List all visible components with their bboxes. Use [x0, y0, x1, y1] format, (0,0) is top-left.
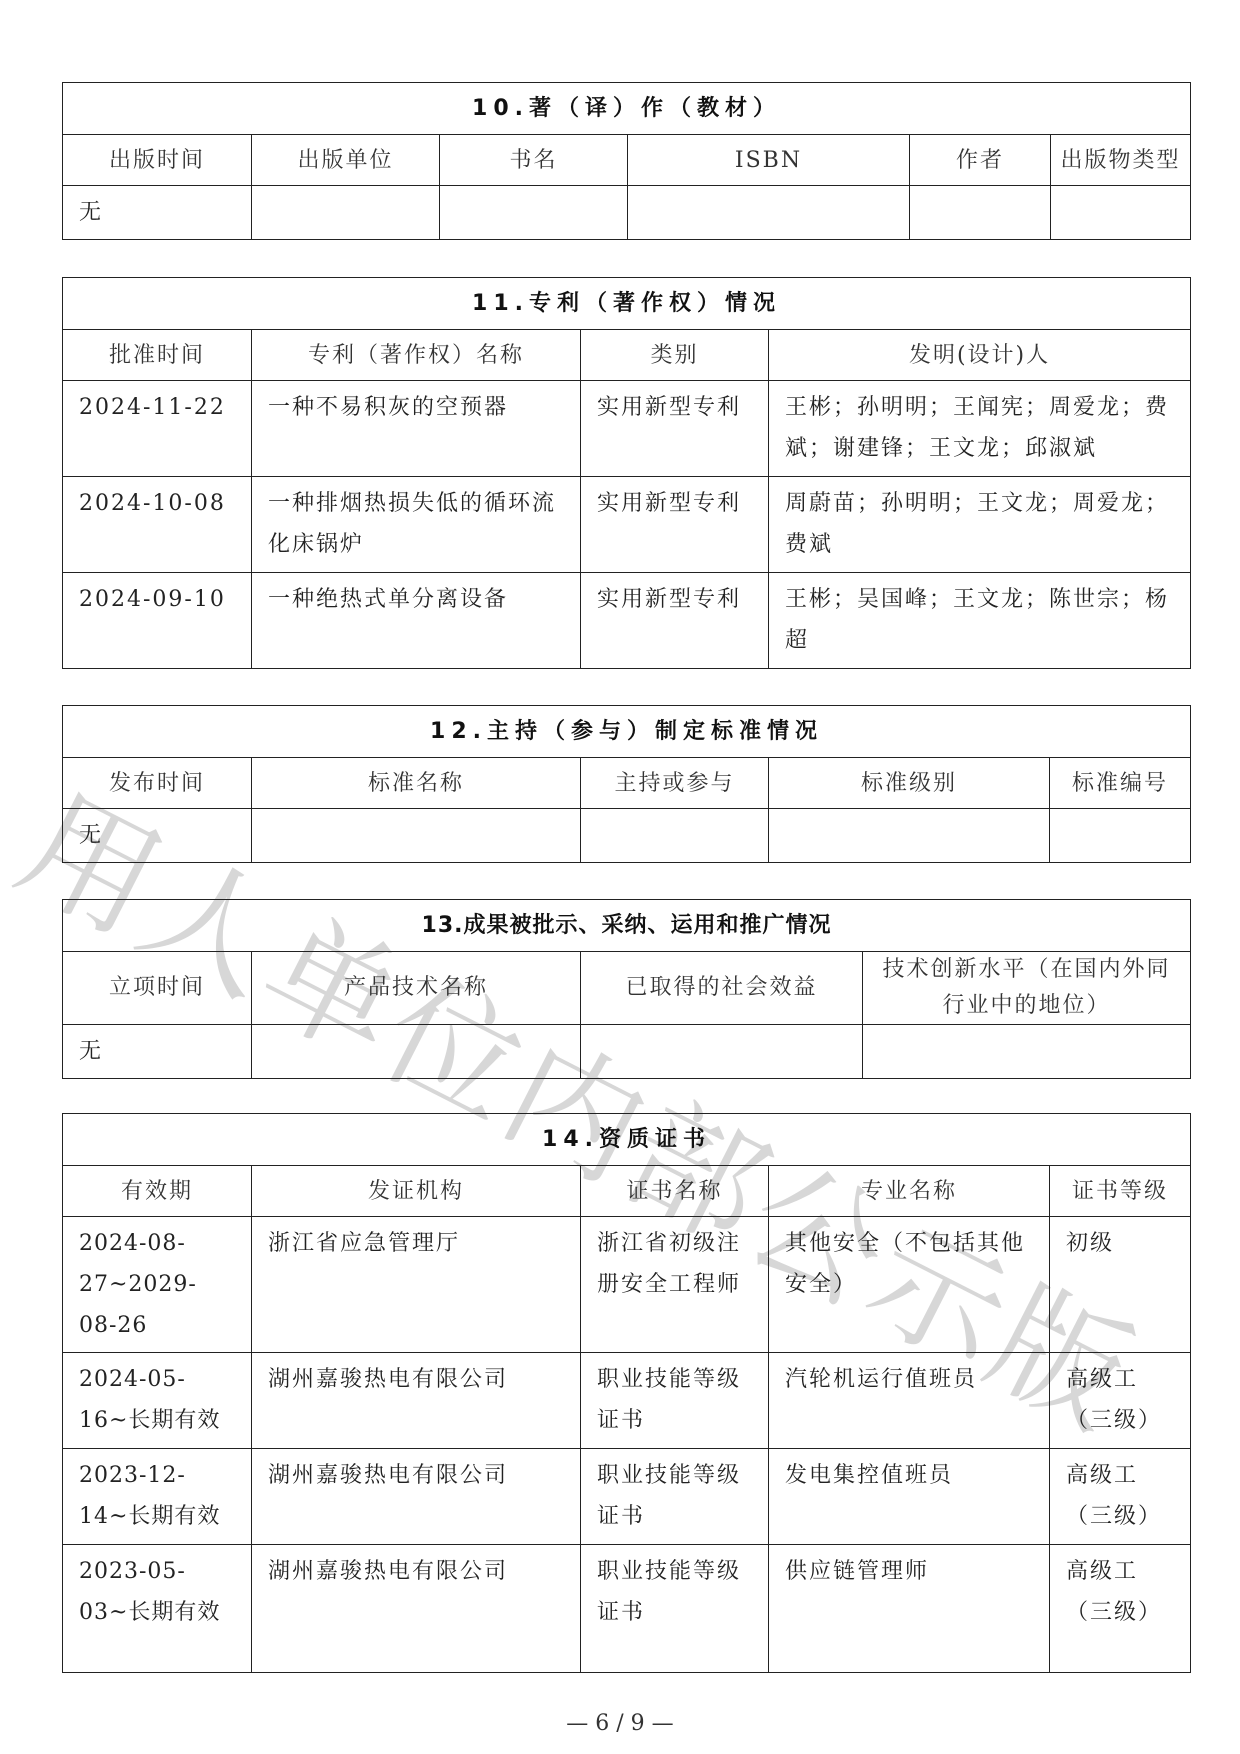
column-header: 立项时间: [63, 952, 252, 1025]
table-row: 2024-09-10 一种绝热式单分离设备 实用新型专利 王彬；吴国峰；王文龙；…: [63, 573, 1191, 669]
table-row: 无: [63, 186, 1191, 240]
table-cell: 湖州嘉骏热电有限公司: [252, 1545, 581, 1673]
table-cell: 一种不易积灰的空预器: [252, 381, 581, 477]
section-12-table: 12.主持（参与）制定标准情况 发布时间 标准名称 主持或参与 标准级别 标准编…: [62, 705, 1191, 863]
column-header: 发明(设计)人: [769, 330, 1191, 381]
table-cell: 高级工（三级）: [1050, 1545, 1191, 1673]
table-cell: [252, 809, 581, 863]
table-cell: [252, 1025, 581, 1079]
table-cell: [581, 1025, 863, 1079]
table-row: 2023-12-14~长期有效 湖州嘉骏热电有限公司 职业技能等级证书 发电集控…: [63, 1449, 1191, 1545]
column-header: 书名: [440, 135, 628, 186]
table-cell: 无: [63, 809, 252, 863]
table-cell: 浙江省初级注册安全工程师: [581, 1217, 769, 1353]
table-cell: 2024-08-27~2029-08-26: [63, 1217, 252, 1353]
table-cell: [628, 186, 910, 240]
table-cell: 高级工（三级）: [1050, 1449, 1191, 1545]
column-header: 已取得的社会效益: [581, 952, 863, 1025]
column-header: 类别: [581, 330, 769, 381]
table-row: 2024-11-22 一种不易积灰的空预器 实用新型专利 王彬；孙明明；王闻宪；…: [63, 381, 1191, 477]
column-header: 技术创新水平（在国内外同行业中的地位）: [863, 952, 1191, 1025]
table-row: 无: [63, 1025, 1191, 1079]
table-cell: 职业技能等级证书: [581, 1545, 769, 1673]
table-cell: 无: [63, 186, 252, 240]
column-header: 证书等级: [1050, 1166, 1191, 1217]
column-header: 有效期: [63, 1166, 252, 1217]
table-cell: [863, 1025, 1191, 1079]
column-header: 出版时间: [63, 135, 252, 186]
table-cell: 2024-10-08: [63, 477, 252, 573]
table-cell: 实用新型专利: [581, 573, 769, 669]
table-cell: 周蔚苗；孙明明；王文龙；周爱龙；费斌: [769, 477, 1191, 573]
column-header: 出版物类型: [1051, 135, 1191, 186]
column-header: 标准级别: [769, 758, 1050, 809]
column-header: 发证机构: [252, 1166, 581, 1217]
section-13-table: 13.成果被批示、采纳、运用和推广情况 立项时间 产品技术名称 已取得的社会效益…: [62, 899, 1191, 1079]
table-row: 2024-08-27~2029-08-26 浙江省应急管理厅 浙江省初级注册安全…: [63, 1217, 1191, 1353]
column-header: 发布时间: [63, 758, 252, 809]
section-10-table: 10.著（译）作（教材） 出版时间 出版单位 书名 ISBN 作者 出版物类型 …: [62, 82, 1191, 240]
table-cell: 职业技能等级证书: [581, 1449, 769, 1545]
column-header: 专利（著作权）名称: [252, 330, 581, 381]
table-row: 2024-10-08 一种排烟热损失低的循环流化床锅炉 实用新型专利 周蔚苗；孙…: [63, 477, 1191, 573]
table-cell: [1051, 186, 1191, 240]
column-header: 产品技术名称: [252, 952, 581, 1025]
table-cell: [910, 186, 1051, 240]
section-title: 13.成果被批示、采纳、运用和推广情况: [63, 900, 1191, 952]
table-cell: 2024-09-10: [63, 573, 252, 669]
column-header: 标准名称: [252, 758, 581, 809]
table-row: 2024-05-16~长期有效 湖州嘉骏热电有限公司 职业技能等级证书 汽轮机运…: [63, 1353, 1191, 1449]
table-row: 无: [63, 809, 1191, 863]
column-header: ISBN: [628, 135, 910, 186]
table-cell: 2024-05-16~长期有效: [63, 1353, 252, 1449]
table-cell: [440, 186, 628, 240]
table-row: 2023-05-03~长期有效 湖州嘉骏热电有限公司 职业技能等级证书 供应链管…: [63, 1545, 1191, 1673]
table-cell: 无: [63, 1025, 252, 1079]
table-cell: 实用新型专利: [581, 477, 769, 573]
column-header: 标准编号: [1050, 758, 1191, 809]
column-header: 作者: [910, 135, 1051, 186]
table-cell: 汽轮机运行值班员: [769, 1353, 1050, 1449]
table-cell: 2023-05-03~长期有效: [63, 1545, 252, 1673]
table-cell: 浙江省应急管理厅: [252, 1217, 581, 1353]
table-cell: 一种排烟热损失低的循环流化床锅炉: [252, 477, 581, 573]
table-cell: 湖州嘉骏热电有限公司: [252, 1353, 581, 1449]
table-cell: 高级工（三级）: [1050, 1353, 1191, 1449]
table-cell: 王彬；孙明明；王闻宪；周爱龙；费斌；谢建锋；王文龙；邱淑斌: [769, 381, 1191, 477]
column-header: 主持或参与: [581, 758, 769, 809]
table-cell: 2024-11-22: [63, 381, 252, 477]
table-cell: 2023-12-14~长期有效: [63, 1449, 252, 1545]
table-cell: [1050, 809, 1191, 863]
section-14-table: 14.资质证书 有效期 发证机构 证书名称 专业名称 证书等级 2024-08-…: [62, 1113, 1191, 1673]
table-cell: [769, 809, 1050, 863]
table-cell: 供应链管理师: [769, 1545, 1050, 1673]
section-title: 11.专利（著作权）情况: [63, 278, 1191, 330]
table-cell: 王彬；吴国峰；王文龙；陈世宗；杨超: [769, 573, 1191, 669]
table-cell: [252, 186, 440, 240]
table-cell: 一种绝热式单分离设备: [252, 573, 581, 669]
table-cell: 职业技能等级证书: [581, 1353, 769, 1449]
table-cell: 其他安全（不包括其他安全）: [769, 1217, 1050, 1353]
section-11-table: 11.专利（著作权）情况 批准时间 专利（著作权）名称 类别 发明(设计)人 2…: [62, 277, 1191, 669]
table-cell: 实用新型专利: [581, 381, 769, 477]
column-header: 证书名称: [581, 1166, 769, 1217]
table-cell: [581, 809, 769, 863]
section-title: 10.著（译）作（教材）: [63, 83, 1191, 135]
section-title: 14.资质证书: [63, 1114, 1191, 1166]
table-cell: 湖州嘉骏热电有限公司: [252, 1449, 581, 1545]
section-title: 12.主持（参与）制定标准情况: [63, 706, 1191, 758]
column-header: 批准时间: [63, 330, 252, 381]
column-header: 专业名称: [769, 1166, 1050, 1217]
table-cell: 初级: [1050, 1217, 1191, 1353]
table-cell: 发电集控值班员: [769, 1449, 1050, 1545]
page-indicator: — 6 / 9 —: [0, 1711, 1240, 1736]
column-header: 出版单位: [252, 135, 440, 186]
